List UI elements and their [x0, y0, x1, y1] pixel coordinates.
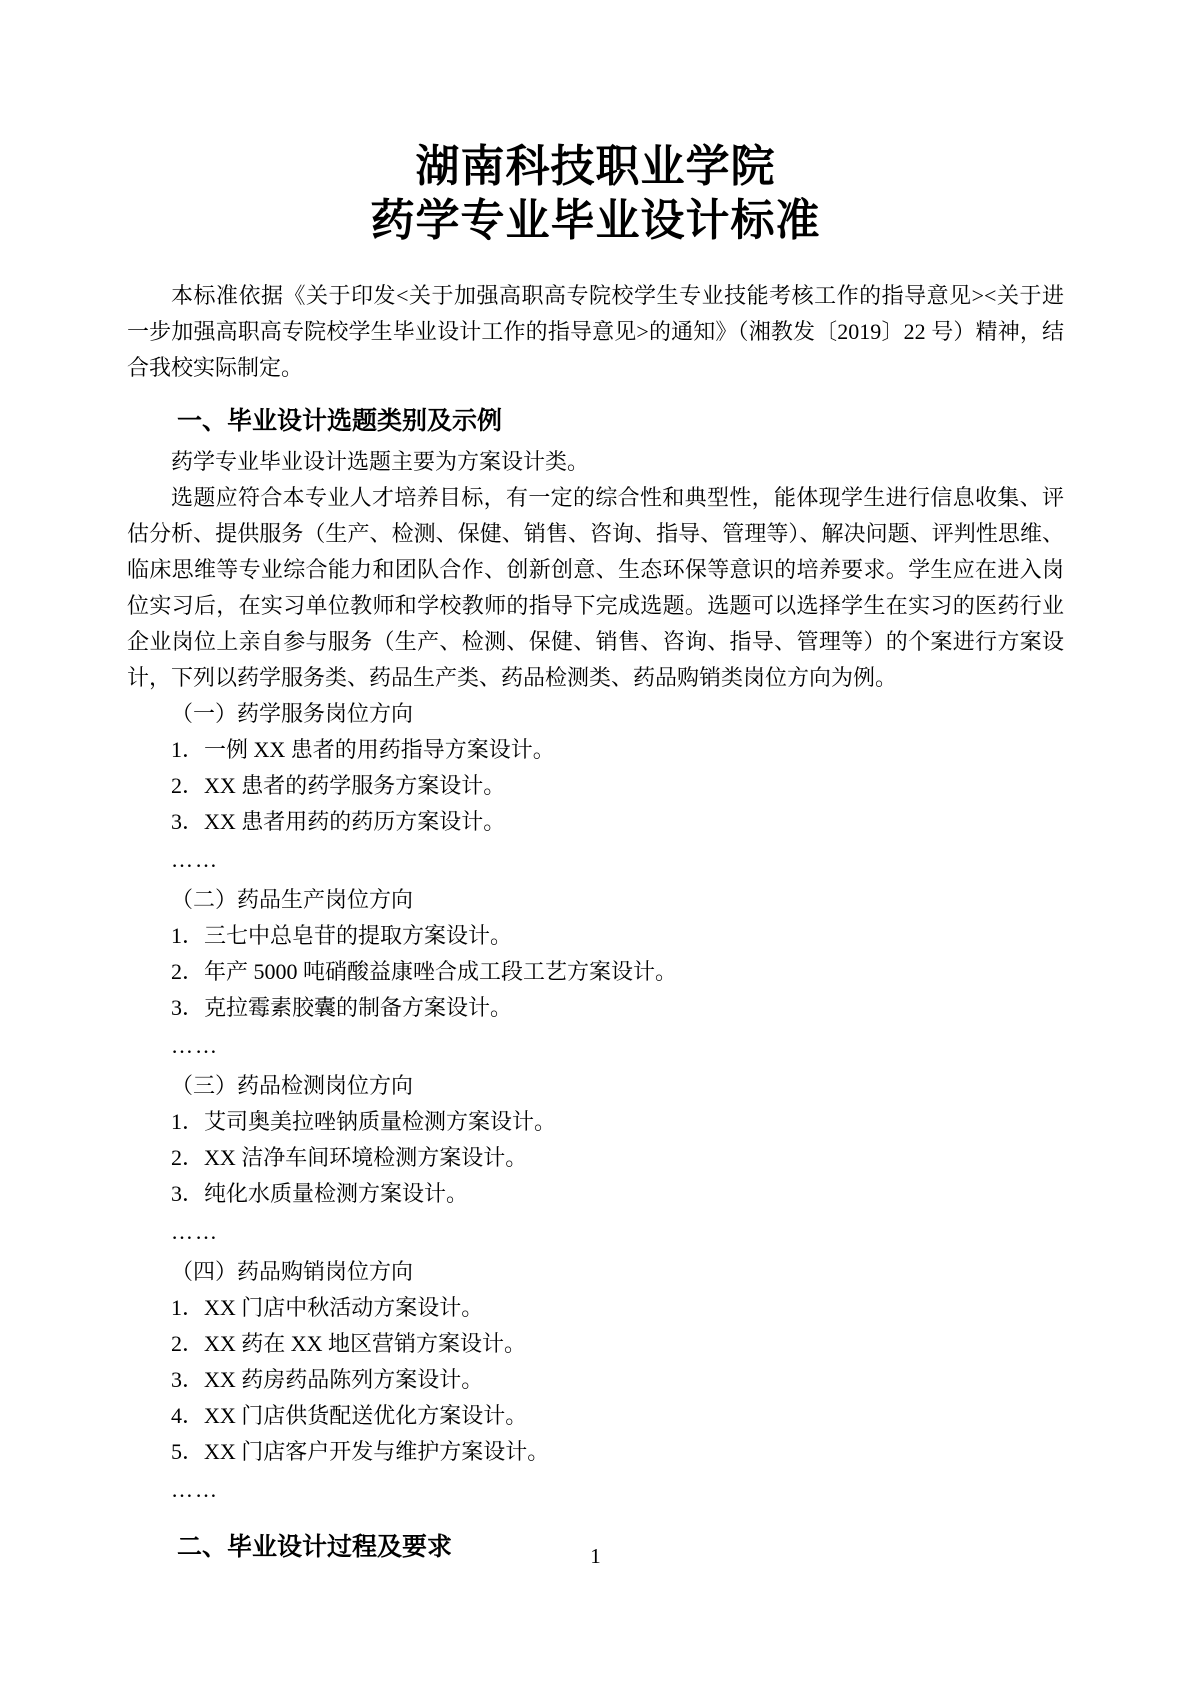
title-line-2: 药学专业毕业设计标准 [127, 194, 1064, 248]
group-3-label: （三）药品检测岗位方向 [127, 1068, 1064, 1104]
group-1-label: （一）药学服务岗位方向 [127, 696, 1064, 732]
ellipsis-line: …… [127, 1028, 1064, 1064]
list-item: 3．XX 药房药品陈列方案设计。 [127, 1362, 1064, 1398]
document-title: 湖南科技职业学院 药学专业毕业设计标准 [127, 140, 1064, 248]
section-1-heading: 一、毕业设计选题类别及示例 [127, 400, 1064, 442]
list-item: 5．XX 门店客户开发与维护方案设计。 [127, 1434, 1064, 1470]
list-item: 1．XX 门店中秋活动方案设计。 [127, 1290, 1064, 1326]
group-4-label: （四）药品购销岗位方向 [127, 1254, 1064, 1290]
list-item: 1．艾司奥美拉唑钠质量检测方案设计。 [127, 1104, 1064, 1140]
list-item: 2．XX 洁净车间环境检测方案设计。 [127, 1140, 1064, 1176]
list-item: 2．XX 药在 XX 地区营销方案设计。 [127, 1326, 1064, 1362]
section-1-lead: 药学专业毕业设计选题主要为方案设计类。 [127, 444, 1064, 480]
list-item: 1．一例 XX 患者的用药指导方案设计。 [127, 732, 1064, 768]
list-item: 2．年产 5000 吨硝酸益康唑合成工段工艺方案设计。 [127, 954, 1064, 990]
list-item: 1．三七中总皂苷的提取方案设计。 [127, 918, 1064, 954]
page-number: 1 [0, 1542, 1191, 1570]
list-item: 3．克拉霉素胶囊的制备方案设计。 [127, 990, 1064, 1026]
ellipsis-line: …… [127, 1472, 1064, 1508]
ellipsis-line: …… [127, 842, 1064, 878]
list-item: 4．XX 门店供货配送优化方案设计。 [127, 1398, 1064, 1434]
group-2-label: （二）药品生产岗位方向 [127, 882, 1064, 918]
title-line-1: 湖南科技职业学院 [127, 140, 1064, 194]
ellipsis-line: …… [127, 1214, 1064, 1250]
section-1-body: 选题应符合本专业人才培养目标，有一定的综合性和典型性，能体现学生进行信息收集、评… [127, 480, 1064, 696]
list-item: 3．XX 患者用药的药历方案设计。 [127, 804, 1064, 840]
list-item: 2．XX 患者的药学服务方案设计。 [127, 768, 1064, 804]
intro-paragraph: 本标准依据《关于印发<关于加强高职高专院校学生专业技能考核工作的指导意见><关于… [127, 278, 1064, 386]
list-item: 3．纯化水质量检测方案设计。 [127, 1176, 1064, 1212]
document-page: 湖南科技职业学院 药学专业毕业设计标准 本标准依据《关于印发<关于加强高职高专院… [0, 0, 1191, 1684]
